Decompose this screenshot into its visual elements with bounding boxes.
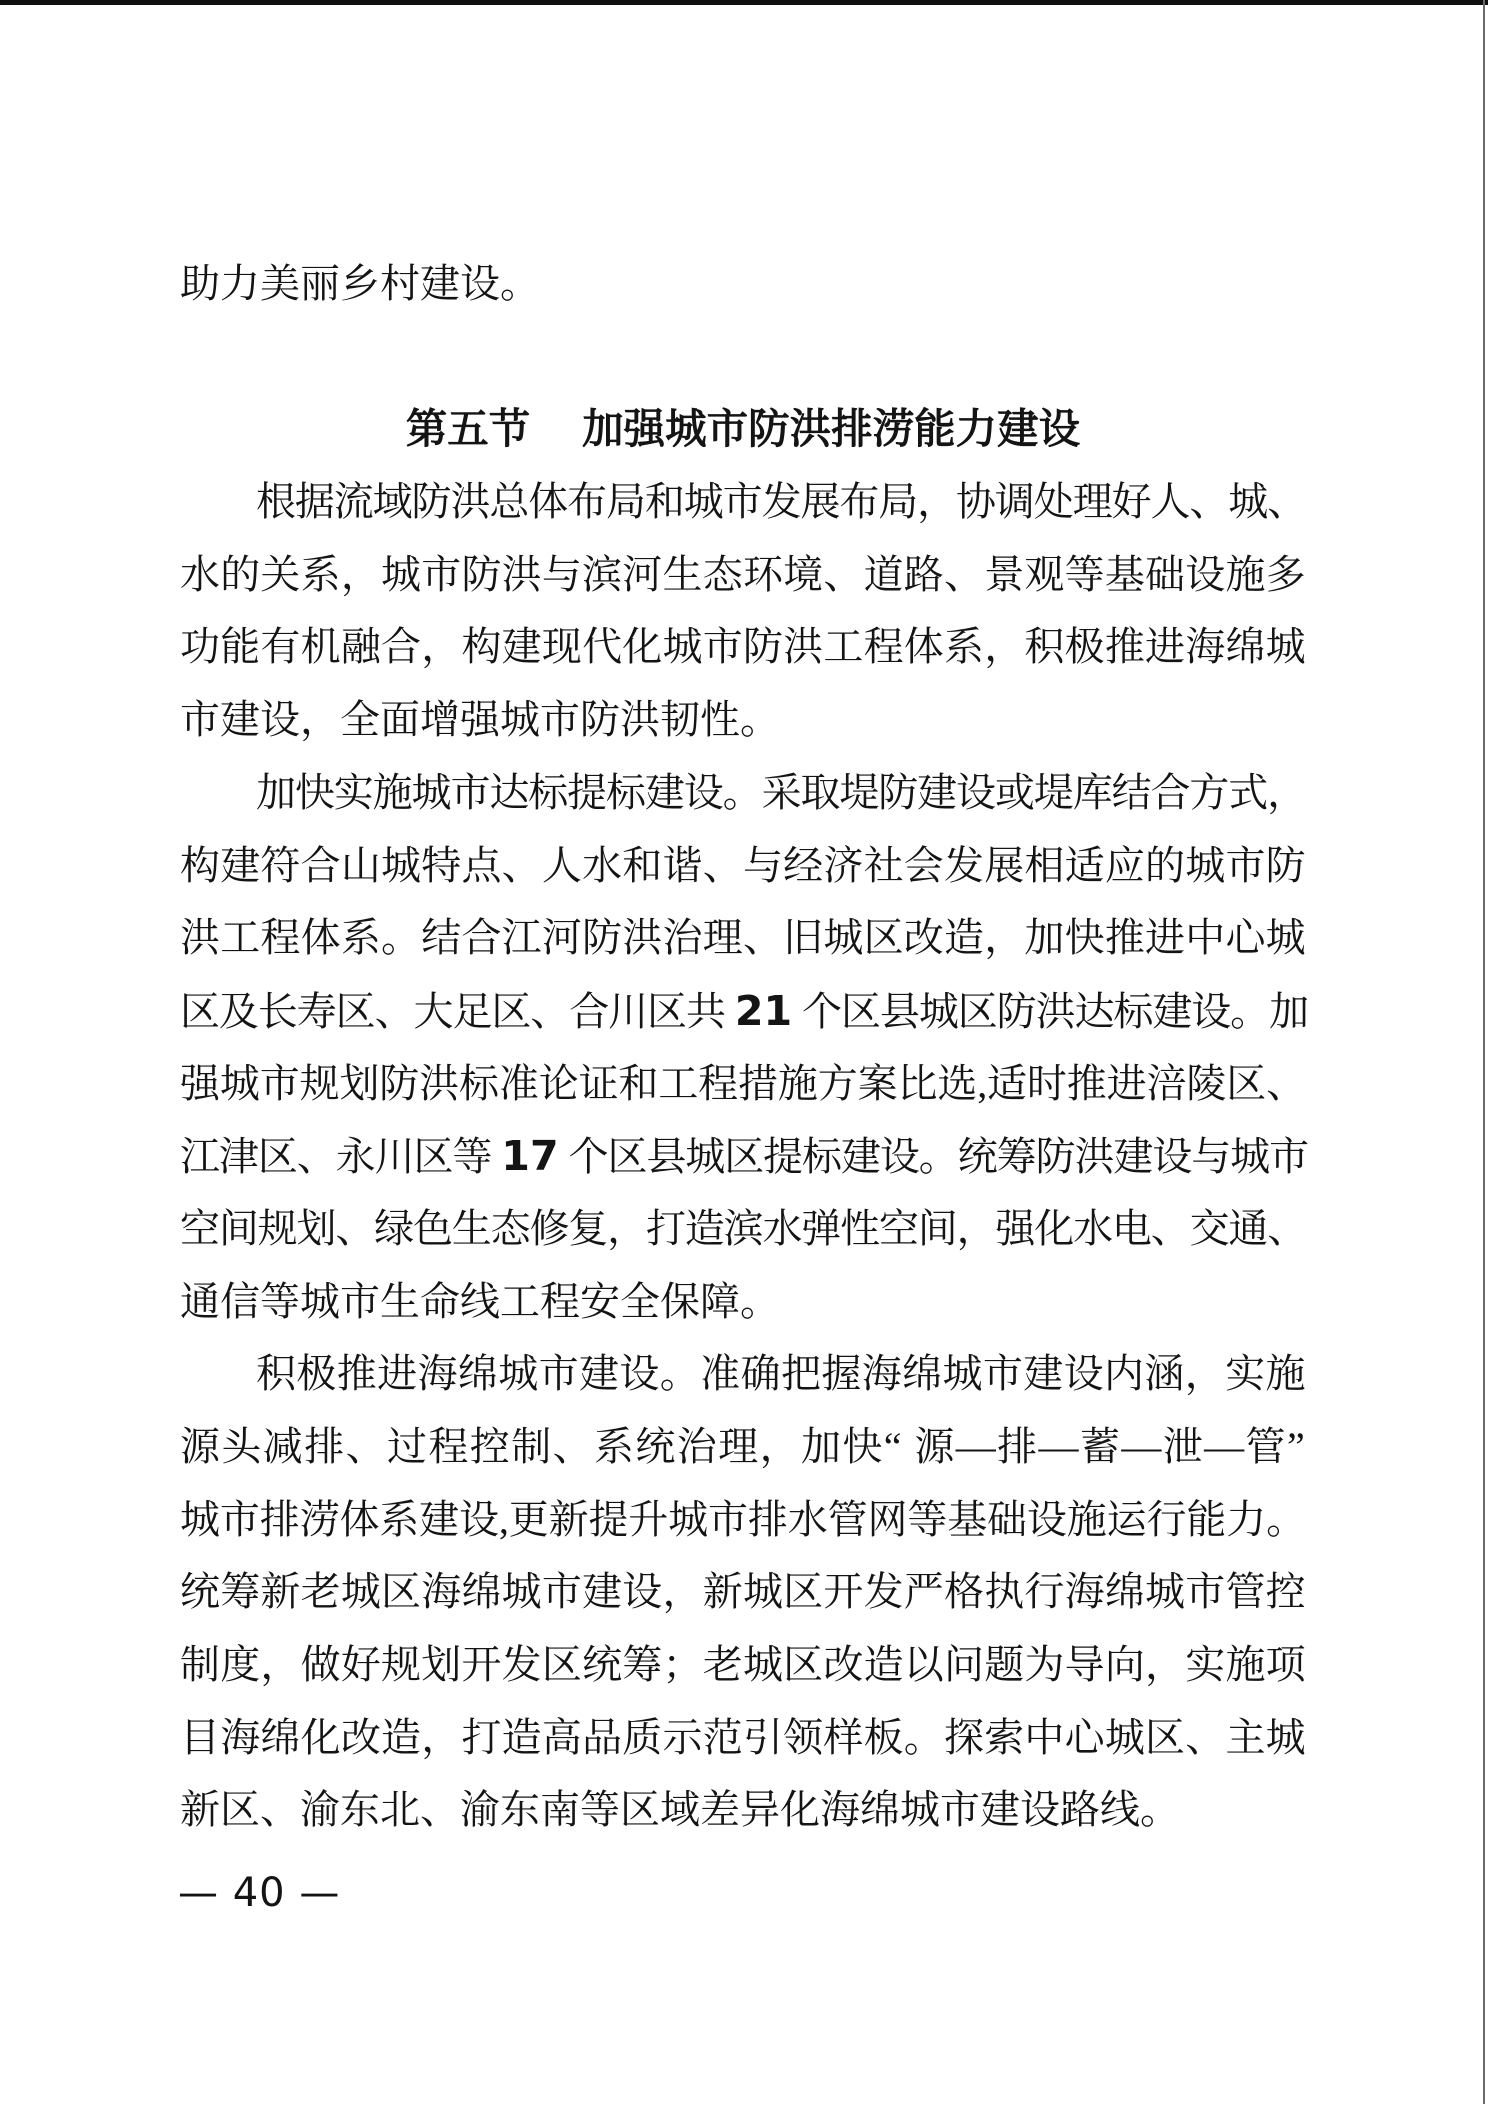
line-text: 加快实施城市达标提标建设。采取堤防建设或堤库结合方式，	[256, 770, 1306, 815]
text-line: 助力美丽乡村建设。	[180, 248, 1306, 321]
line-text: 城市排涝体系建设,更新提升城市排水管网等基础设施运行能力。	[180, 1497, 1306, 1542]
line-text: 区及长寿区、大足区、合川区共 21 个区县城区防洪达标建设。加	[180, 989, 1308, 1034]
line-text: 功能有机融合，构建现代化城市防洪工程体系，积极推进海绵城	[180, 624, 1306, 669]
section-heading: 第五节 加强城市防洪排涝能力建设	[180, 393, 1306, 466]
numeral: 21	[734, 987, 793, 1035]
numeral: 17	[500, 1132, 559, 1180]
line-text: 积极推进海绵城市建设。准确把握海绵城市建设内涵，实施	[256, 1351, 1306, 1396]
line-text: 通信等城市生命线工程安全保障。	[180, 1279, 780, 1324]
line-text: 统筹新老城区海绵城市建设，新城区开发严格执行海绵城市管控	[180, 1569, 1306, 1614]
blank-line	[180, 321, 1306, 394]
text-line: 通信等城市生命线工程安全保障。	[180, 1266, 1306, 1339]
text-line: 新区、渝东北、渝东南等区域差异化海绵城市建设路线。	[180, 1774, 1306, 1847]
text-line: 功能有机融合，构建现代化城市防洪工程体系，积极推进海绵城	[180, 611, 1306, 684]
text-line: 空间规划、绿色生态修复，打造滨水弹性空间，强化水电、交通、	[180, 1193, 1306, 1266]
scan-edge-line-right	[1483, 0, 1485, 2104]
line-text: 强城市规划防洪标准论证和工程措施方案比选,适时推进涪陵区、	[180, 1061, 1306, 1106]
text-line: 江津区、永川区等 17 个区县城区提标建设。统筹防洪建设与城市	[180, 1120, 1306, 1193]
line-text: 制度，做好规划开发区统筹；老城区改造以问题为导向，实施项	[180, 1642, 1306, 1687]
text-line: 源头减排、过程控制、系统治理，加快“ 源—排—蓄—泄—管”	[180, 1411, 1306, 1484]
line-text: 空间规划、绿色生态修复，打造滨水弹性空间，强化水电、交通、	[180, 1206, 1306, 1251]
line-text: 根据流域防洪总体布局和城市发展布局，协调处理好人、城、	[256, 479, 1306, 524]
text-line: 洪工程体系。结合江河防洪治理、旧城区改造，加快推进中心城	[180, 902, 1306, 975]
page-number: — 40 —	[178, 1868, 340, 1918]
line-text: 洪工程体系。结合江河防洪治理、旧城区改造，加快推进中心城	[180, 915, 1306, 960]
line-text: 构建符合山城特点、人水和谐、与经济社会发展相适应的城市防	[180, 843, 1306, 888]
text-line: 制度，做好规划开发区统筹；老城区改造以问题为导向，实施项	[180, 1629, 1306, 1702]
line-text: 新区、渝东北、渝东南等区域差异化海绵城市建设路线。	[180, 1787, 1180, 1832]
scan-edge-bar-top	[0, 0, 1488, 5]
text-line: 区及长寿区、大足区、合川区共 21 个区县城区防洪达标建设。加	[180, 975, 1306, 1048]
text-line: 统筹新老城区海绵城市建设，新城区开发严格执行海绵城市管控	[180, 1556, 1306, 1629]
line-text: 助力美丽乡村建设。	[180, 261, 540, 306]
line-text: 水的关系，城市防洪与滨河生态环境、道路、景观等基础设施多	[180, 552, 1306, 597]
text-line: 目海绵化改造，打造高品质示范引领样板。探索中心城区、主城	[180, 1702, 1306, 1775]
line-text: 市建设，全面增强城市防洪韧性。	[180, 697, 780, 742]
document-body: 助力美丽乡村建设。第五节 加强城市防洪排涝能力建设根据流域防洪总体布局和城市发展…	[180, 248, 1306, 1847]
text-line: 积极推进海绵城市建设。准确把握海绵城市建设内涵，实施	[180, 1338, 1306, 1411]
text-line: 水的关系，城市防洪与滨河生态环境、道路、景观等基础设施多	[180, 539, 1306, 612]
text-line: 加快实施城市达标提标建设。采取堤防建设或堤库结合方式，	[180, 757, 1306, 830]
text-line: 市建设，全面增强城市防洪韧性。	[180, 684, 1306, 757]
text-line: 根据流域防洪总体布局和城市发展布局，协调处理好人、城、	[180, 466, 1306, 539]
text-line: 强城市规划防洪标准论证和工程措施方案比选,适时推进涪陵区、	[180, 1048, 1306, 1121]
line-text: 目海绵化改造，打造高品质示范引领样板。探索中心城区、主城	[180, 1715, 1306, 1760]
text-line: 城市排涝体系建设,更新提升城市排水管网等基础设施运行能力。	[180, 1484, 1306, 1557]
text-line: 构建符合山城特点、人水和谐、与经济社会发展相适应的城市防	[180, 830, 1306, 903]
line-text: 江津区、永川区等 17 个区县城区提标建设。统筹防洪建设与城市	[180, 1134, 1308, 1179]
line-text: 第五节 加强城市防洪排涝能力建设	[406, 406, 1080, 452]
line-text: 源头减排、过程控制、系统治理，加快“ 源—排—蓄—泄—管”	[180, 1424, 1306, 1469]
